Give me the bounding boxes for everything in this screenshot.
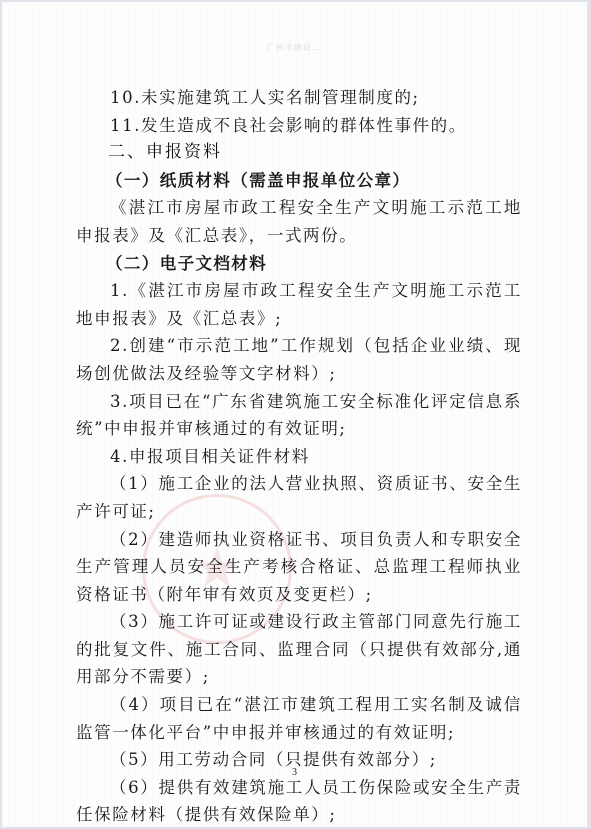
certificate-item-2: （2）建造师执业资格证书、项目负责人和专职安全生产管理人员安全生产考核合格证、总… — [76, 526, 522, 609]
document-page: 广州市建设... ★ 10.未实施建筑工人实名制管理制度的; 11.发生造成不良… — [2, 2, 587, 827]
certificate-item-4: （4）项目已在“湛江市建筑工程用工实名制及诚信监管一体化平台”中申报并审核通过的… — [76, 691, 522, 746]
item-10: 10.未实施建筑工人实名制管理制度的; — [76, 84, 522, 112]
page-number: 3 — [2, 767, 587, 778]
electronic-item-3: 3.项目已在“广东省建筑施工安全标准化评定信息系统”中申报并审核通过的有效证明; — [76, 388, 522, 443]
certificate-item-1: （1）施工企业的法人营业执照、资质证书、安全生产许可证; — [76, 470, 522, 525]
section-heading-application-materials: 二、申报资料 — [76, 139, 522, 167]
faint-header-mark: 广州市建设... — [2, 42, 587, 53]
electronic-item-4: 4.申报项目相关证件材料 — [76, 443, 522, 471]
paper-materials-description: 《湛江市房屋市政工程安全生产文明施工示范工地申报表》及《汇总表》，一式两份。 — [76, 194, 522, 249]
subheading-electronic-materials: （二）电子文档材料 — [76, 250, 522, 278]
electronic-item-1: 1.《湛江市房屋市政工程安全生产文明施工示范工地申报表》及《汇总表》; — [76, 277, 522, 332]
subheading-paper-materials: （一）纸质材料（需盖申报单位公章） — [76, 167, 522, 195]
certificate-item-3: （3）施工许可证或建设行政主管部门同意先行施工的批复文件、施工合同、监理合同（只… — [76, 608, 522, 691]
electronic-item-2: 2.创建“市示范工地”工作规划（包括企业业绩、现场创优做法及经验等文字材料）; — [76, 332, 522, 387]
document-body: 10.未实施建筑工人实名制管理制度的; 11.发生造成不良社会影响的群体性事件的… — [76, 84, 522, 827]
certificate-item-6: （6）提供有效建筑施工人员工伤保险或安全生产责任保险材料（提供有效保险单）; — [76, 774, 522, 827]
item-11: 11.发生造成不良社会影响的群体性事件的。 — [76, 112, 522, 140]
